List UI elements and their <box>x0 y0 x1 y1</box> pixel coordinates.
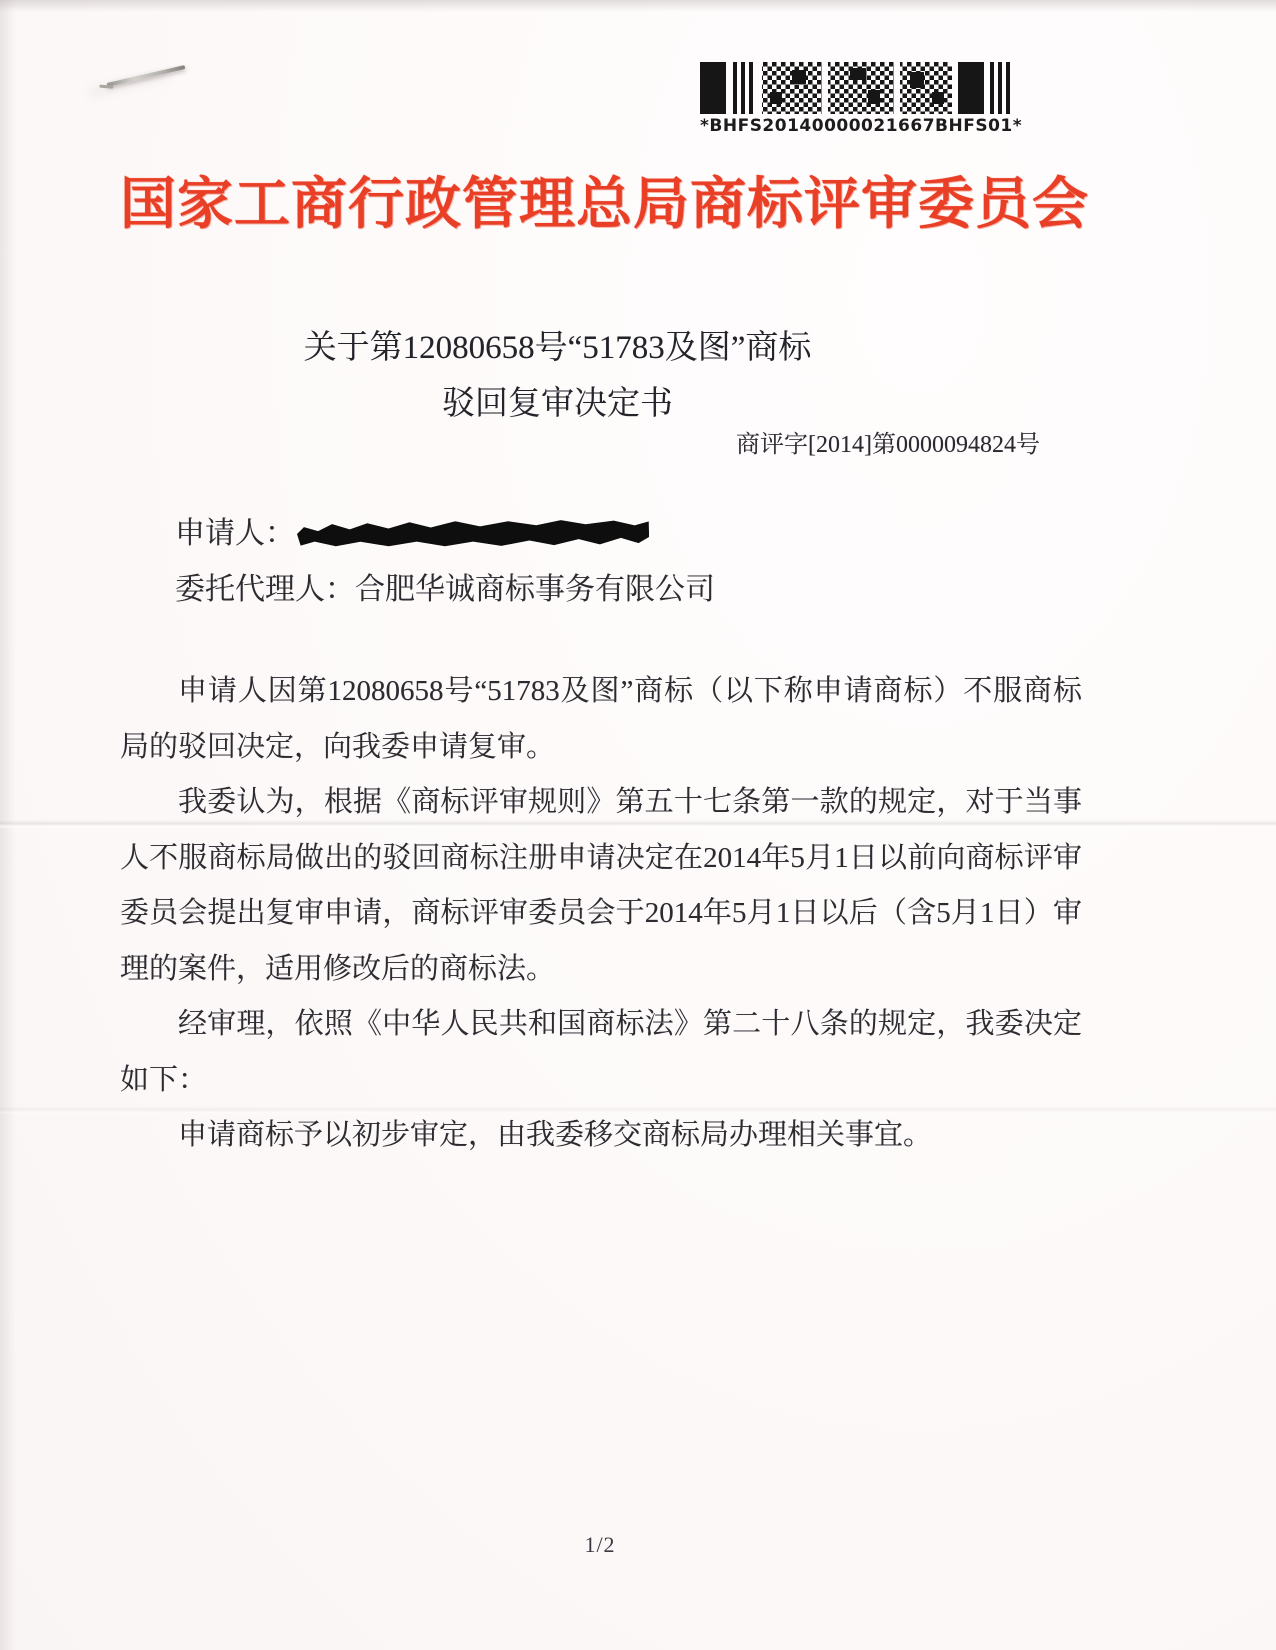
document-title: 关于第12080658号“51783及图”商标 驳回复审决定书 <box>120 320 1040 432</box>
document-title-line1: 关于第12080658号“51783及图”商标 <box>120 320 995 376</box>
agent-line: 委托代理人：合肥华诚商标事务有限公司 <box>120 562 1080 618</box>
barcode-image <box>700 62 1012 114</box>
applicant-name-redaction <box>297 518 649 549</box>
body-paragraph: 申请商标予以初步审定，由我委移交商标局办理相关事宜。 <box>120 1108 1082 1164</box>
parties-section: 申请人： 委托代理人：合肥华诚商标事务有限公司 <box>120 506 1080 618</box>
body-paragraph: 申请人因第12080658号“51783及图”商标（以下称申请商标）不服商标局的… <box>120 664 1082 775</box>
staple <box>107 65 186 87</box>
barcode-text: *BHFS20140000021667BHFS01* <box>700 116 1012 136</box>
decision-body: 申请人因第12080658号“51783及图”商标（以下称申请商标）不服商标局的… <box>120 664 1082 1164</box>
body-paragraph: 经审理，依照《中华人民共和国商标法》第二十八条的规定，我委决定如下： <box>120 997 1082 1108</box>
scan-edge-shadow <box>0 0 1276 12</box>
issuing-authority-title: 国家工商行政管理总局商标评审委员会 <box>120 160 1040 240</box>
document-number: 商评字[2014]第0000094824号 <box>120 424 1040 459</box>
page-number: 1/2 <box>120 1532 1080 1558</box>
body-paragraph: 我委认为，根据《商标评审规则》第五十七条第一款的规定，对于当事人不服商标局做出的… <box>120 775 1082 997</box>
applicant-label: 申请人： <box>175 517 295 550</box>
scan-edge-shadow-left <box>0 0 16 1650</box>
scanned-document-page: *BHFS20140000021667BHFS01* 国家工商行政管理总局商标评… <box>0 0 1276 1650</box>
barcode: *BHFS20140000021667BHFS01* <box>700 62 1012 136</box>
applicant-line: 申请人： <box>120 506 1080 562</box>
